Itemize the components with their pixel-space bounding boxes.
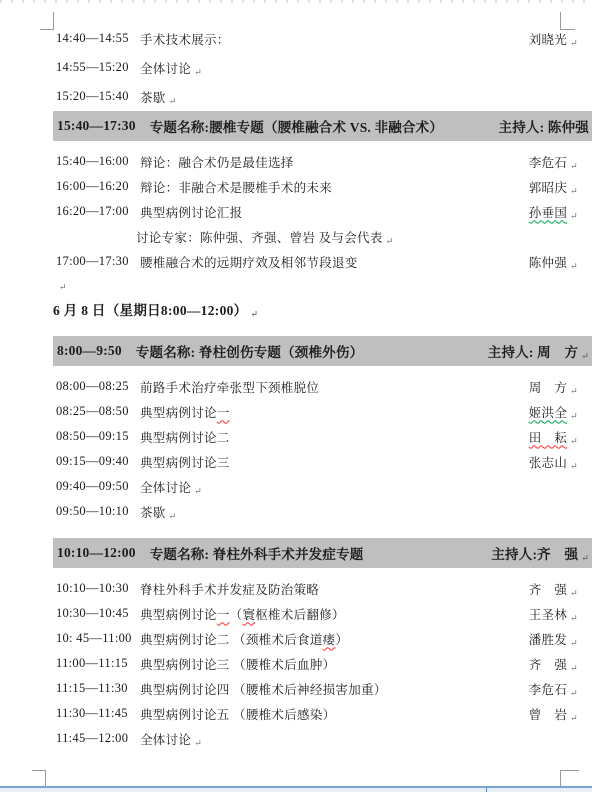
speaker-name: 周 方 [529, 381, 567, 395]
speaker-name: 孙垂国 [529, 206, 567, 220]
session-title: 典型病例讨论汇报 [140, 203, 242, 221]
time-range: 17:00—17:30 [56, 254, 140, 269]
session-title: 典型病例讨论二 [140, 428, 230, 446]
schedule-row: 11:45—12:00全体讨论↵ [56, 726, 592, 751]
speaker-name: 王圣林 [529, 608, 567, 622]
session-title-part: 寰 [242, 608, 255, 622]
margin-crop-mark-top-left [40, 12, 54, 30]
schedule-row: 16:00—16:20辩论：非融合术是腰椎手术的未来郭昭庆↵ [56, 174, 592, 199]
paragraph-mark: ↵ [570, 461, 578, 471]
session-title: 典型病例讨论五 （腰椎术后感染） [140, 705, 335, 723]
schedule-row: 14:40—14:55手术技术展示：刘晓光↵ [56, 24, 592, 53]
time-range: 16:00—16:20 [56, 179, 140, 194]
chairman-cell: 主持人:齐 强↵ [491, 543, 592, 563]
speaker-name: 齐 强 [529, 658, 567, 672]
time-range: 14:55—15:20 [56, 60, 140, 75]
date-text: 6 月 8 日（星期日8:00—12:00）↵ [53, 299, 258, 319]
speaker-name: 李危石 [529, 683, 567, 697]
chairman-cell: 主持人: 陈仲强 [499, 116, 592, 136]
paragraph-mark: ↵ [570, 211, 578, 221]
speaker-name: 郭昭庆 [529, 181, 567, 195]
chairman-label: 主持人:齐 强 [491, 547, 578, 562]
speaker-cell: 李危石↵ [529, 153, 592, 171]
paragraph-mark: ↵ [570, 386, 578, 396]
paragraph-mark: ↵ [570, 38, 578, 48]
time-range: 11:45—12:00 [56, 731, 140, 746]
session-title: 腰椎融合术的远期疗效及相邻节段退变 [140, 253, 358, 271]
schedule-row: 08:00—08:25前路手术治疗牵张型下颈椎脱位周 方↵ [56, 374, 592, 399]
header-session-title: 专题名称: 脊柱外科手术并发症专题 [150, 543, 364, 563]
session-title: 手术技术展示： [140, 30, 230, 48]
speaker-name: 姬洪全 [529, 406, 567, 420]
time-range: 09:50—10:10 [56, 504, 140, 519]
paragraph-mark: ↵ [570, 411, 578, 421]
paragraph-mark: ↵ [169, 511, 177, 521]
time-range: 11:00—11:15 [56, 656, 140, 671]
time-range: 10:30—10:45 [56, 606, 140, 621]
speaker-cell: 李危石↵ [529, 680, 592, 698]
session-title: 典型病例讨论三 [140, 453, 230, 471]
session-title: 典型病例讨论四 （腰椎术后神经损害加重） [140, 680, 387, 698]
speaker-cell: 潘胜发↵ [529, 630, 592, 648]
session-title: 前路手术治疗牵张型下颈椎脱位 [140, 378, 319, 396]
paragraph-mark: ↵ [570, 613, 578, 623]
schedule-row: 11:00—11:15典型病例讨论三 （腰椎术后血肿）齐 强↵ [56, 651, 592, 676]
session-title-part: 一 [217, 406, 230, 420]
schedule-row: 09:15—09:40典型病例讨论三张志山↵ [56, 449, 592, 474]
session-title-part: 典型病例讨论 [140, 406, 217, 420]
session-title-part: 枢椎术后翻修） [255, 608, 345, 622]
speaker-cell: 田 耘↵ [529, 428, 592, 446]
time-range: 16:20—17:00 [56, 204, 140, 219]
session-title: 典型病例讨论一 [140, 403, 230, 421]
speaker-cell: 郭昭庆↵ [529, 178, 592, 196]
schedule-row: 09:40—09:50全体讨论↵ [56, 474, 592, 499]
time-range: 15:20—15:40 [56, 89, 140, 104]
date-heading: 6 月 8 日（星期日8:00—12:00）↵ [53, 296, 592, 322]
time-range: 11:30—11:45 [56, 706, 140, 721]
speaker-name: 齐 强 [529, 583, 567, 597]
paragraph-mark: ↵ [581, 553, 589, 563]
speaker-name: 陈仲强 [529, 256, 567, 270]
session-title: 辩论：非融合术是腰椎手术的未来 [140, 178, 332, 196]
paragraph-mark: ↵ [570, 638, 578, 648]
session-title: 典型病例讨论一（寰枢椎术后翻修） [140, 605, 345, 623]
speaker-cell: 刘晓光↵ [529, 30, 592, 48]
note-text: 讨论专家：陈仲强、齐强、曾岩 及与会代表↵ [56, 228, 393, 246]
chairman-cell: 主持人: 周 方↵ [488, 341, 592, 361]
time-range: 14:40—14:55 [56, 31, 140, 46]
paragraph-mark: ↵ [250, 309, 258, 319]
time-range: 08:25—08:50 [56, 404, 140, 419]
time-range: 08:50—09:15 [56, 429, 140, 444]
schedule-row: 14:55—15:20全体讨论↵ [56, 53, 592, 82]
schedule-row: 10:30—10:45典型病例讨论一（寰枢椎术后翻修）王圣林↵ [56, 601, 592, 626]
session-title-part: 一 [217, 608, 230, 622]
schedule-row: 17:00—17:30腰椎融合术的远期疗效及相邻节段退变陈仲强↵ [56, 249, 592, 274]
session-title: 脊柱外科手术并发症及防治策略 [140, 580, 319, 598]
paragraph-mark: ↵ [570, 436, 578, 446]
schedule-row: 16:20—17:00典型病例讨论汇报孙垂国↵ [56, 199, 592, 224]
session-title-part: 瘘 [323, 633, 336, 647]
speaker-cell: 周 方↵ [529, 378, 592, 396]
paragraph-mark: ↵ [570, 713, 578, 723]
schedule-row: 10:10—10:30脊柱外科手术并发症及防治策略齐 强↵ [56, 576, 592, 601]
paragraph-mark: ↵ [59, 283, 67, 292]
speaker-cell: 姬洪全↵ [529, 403, 592, 421]
horizontal-scrollbar-strip[interactable] [0, 786, 592, 792]
session-title: 典型病例讨论三 （腰椎术后血肿） [140, 655, 335, 673]
speaker-cell: 陈仲强↵ [529, 253, 592, 271]
paragraph-mark: ↵ [570, 688, 578, 698]
chairman-label: 主持人: 陈仲强 [499, 120, 589, 135]
speaker-cell: 王圣林↵ [529, 605, 592, 623]
session-header-bar: 10:10—12:00专题名称: 脊柱外科手术并发症专题主持人:齐 强↵ [53, 538, 592, 568]
header-time-range: 10:10—12:00 [57, 545, 136, 561]
speaker-cell: 齐 强↵ [529, 580, 592, 598]
cut-off-text-remnant [0, 0, 592, 3]
session-title: 辩论：融合术仍是最佳选择 [140, 153, 294, 171]
session-title-part: ） [335, 633, 348, 647]
speaker-cell: 张志山↵ [529, 453, 592, 471]
time-range: 09:15—09:40 [56, 454, 140, 469]
margin-crop-mark-bottom-left [32, 770, 46, 786]
header-time-range: 15:40—17:30 [57, 118, 136, 134]
chairman-label: 主持人: 周 方 [488, 345, 578, 360]
header-session-title: 专题名称:腰椎专题（腰椎融合术 VS. 非融合术） [150, 116, 443, 136]
session-title: 茶歇↵ [140, 503, 176, 521]
paragraph-mark: ↵ [169, 96, 177, 106]
header-session-title: 专题名称: 脊柱创伤专题（颈椎外伤） [136, 341, 363, 361]
paragraph-mark: ↵ [570, 663, 578, 673]
header-time-range: 8:00—9:50 [57, 343, 122, 359]
schedule-row: 08:25—08:50典型病例讨论一姬洪全↵ [56, 399, 592, 424]
session-header-bar: 15:40—17:30专题名称:腰椎专题（腰椎融合术 VS. 非融合术）主持人:… [53, 111, 592, 141]
paragraph-mark: ↵ [570, 186, 578, 196]
speaker-name: 张志山 [529, 456, 567, 470]
conference-schedule: 14:40—14:55手术技术展示：刘晓光↵14:55—15:20全体讨论↵15… [56, 24, 592, 751]
time-range: 10:10—10:30 [56, 581, 140, 596]
speaker-cell: 孙垂国↵ [529, 203, 592, 221]
paragraph-mark: ↵ [581, 351, 589, 361]
speaker-name: 曾 岩 [529, 708, 567, 722]
margin-crop-mark-bottom-right [560, 770, 579, 786]
paragraph-mark: ↵ [570, 588, 578, 598]
time-range: 11:15—11:30 [56, 681, 140, 696]
session-title: 全体讨论↵ [140, 478, 202, 496]
speaker-cell: 曾 岩↵ [529, 705, 592, 723]
time-range: 08:00—08:25 [56, 379, 140, 394]
speaker-name: 田 耘 [529, 431, 567, 445]
session-title: 茶歇↵ [140, 88, 176, 106]
time-range: 09:40—09:50 [56, 479, 140, 494]
speaker-name: 李危石 [529, 156, 567, 170]
paragraph-mark: ↵ [194, 486, 202, 496]
paragraph-mark: ↵ [386, 236, 394, 246]
scrollbar-divider [486, 788, 487, 792]
schedule-row: 15:20—15:40茶歇↵ [56, 82, 592, 111]
speaker-cell: 齐 强↵ [529, 655, 592, 673]
session-title: 典型病例讨论二 （颈椎术后食道瘘） [140, 630, 348, 648]
word-document-page: { "document": { "paragraph_mark": "↵", "… [0, 0, 592, 792]
schedule-row: 08:50—09:15典型病例讨论二田 耘↵ [56, 424, 592, 449]
schedule-row: 11:30—11:45典型病例讨论五 （腰椎术后感染）曾 岩↵ [56, 701, 592, 726]
paragraph-mark: ↵ [194, 738, 202, 748]
speaker-name: 刘晓光 [529, 33, 567, 47]
time-range: 10: 45—11:00 [56, 631, 140, 646]
schedule-row: 10: 45—11:00典型病例讨论二 （颈椎术后食道瘘）潘胜发↵ [56, 626, 592, 651]
paragraph-mark: ↵ [194, 67, 202, 77]
discussion-experts-note: 讨论专家：陈仲强、齐强、曾岩 及与会代表↵ [56, 224, 592, 249]
empty-paragraph: ↵ [56, 274, 592, 296]
session-title-part: 典型病例讨论 [140, 608, 217, 622]
session-title: 全体讨论↵ [140, 59, 202, 77]
session-title-part: 典型病例讨论二 （颈椎术后食道 [140, 633, 323, 647]
schedule-row: 15:40—16:00辩论：融合术仍是最佳选择李危石↵ [56, 149, 592, 174]
schedule-row: 11:15—11:30典型病例讨论四 （腰椎术后神经损害加重）李危石↵ [56, 676, 592, 701]
session-header-bar: 8:00—9:50专题名称: 脊柱创伤专题（颈椎外伤）主持人: 周 方↵ [53, 336, 592, 366]
paragraph-mark: ↵ [570, 161, 578, 171]
session-title: 全体讨论↵ [140, 730, 202, 748]
paragraph-mark: ↵ [570, 261, 578, 271]
speaker-name: 潘胜发 [529, 633, 567, 647]
time-range: 15:40—16:00 [56, 154, 140, 169]
session-title-part: （ [230, 608, 243, 622]
schedule-row: 09:50—10:10茶歇↵ [56, 499, 592, 524]
